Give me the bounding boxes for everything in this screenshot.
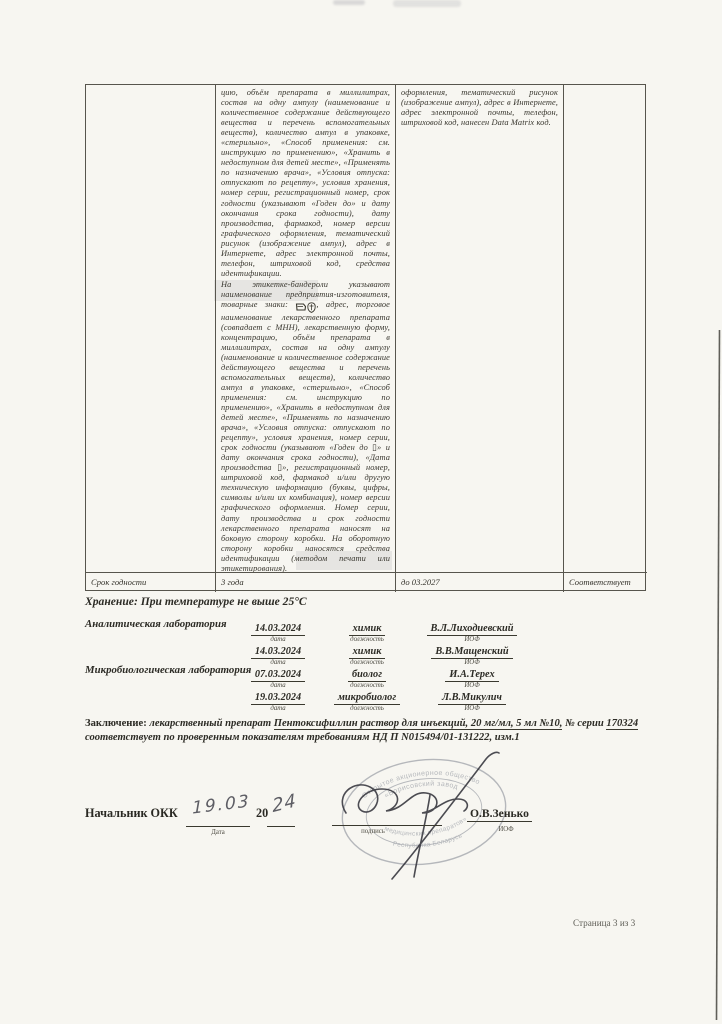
scan-smudge [333,0,365,5]
signoff-position: химик [349,623,386,636]
signoff-name: В.Л.Лиходиевский [427,623,518,636]
page-number: Страница 3 из 3 [573,918,635,928]
table-cell-requirements: цию, объём препарата в миллилитрах, сост… [216,85,396,572]
signoff-name: И.А.Терех [445,669,498,682]
shelf-life-label: Срок годности [86,572,216,592]
scan-smudge [393,0,461,7]
signoff-name: Л.В.Микулич [438,692,506,705]
signoff-name: В.В.Мащенский [431,646,512,659]
storage-conditions: Хранение: При температуре не выше 25°С [85,595,307,608]
shelf-life-norm: 3 года [216,572,396,592]
package-notes-paragraph: оформления, тематический рисунок (изобра… [401,88,558,128]
analytical-lab-label: Аналитическая лаборатория [85,618,227,630]
date-sublabel: дата [233,705,323,713]
series-number: 170324 [606,718,638,730]
approver-name: О.В.Зенько [467,807,532,822]
scanned-qc-protocol-page: цию, объём препарата в миллилитрах, сост… [0,0,722,1024]
approver-title: Начальник ОКК [85,806,178,821]
signoff-date: 07.03.2024 [251,669,305,682]
shelf-life-result: Соответствует [564,572,647,592]
position-sublabel: должность [323,705,411,713]
signoff-date: 14.03.2024 [251,623,305,636]
handwritten-year: 24 [272,790,298,817]
signature-caption: подпись [338,828,408,835]
approver-name-caption: ИОФ [467,826,545,833]
conclusion-text: лекарственный препарат [149,718,271,729]
signoff-date: 14.03.2024 [251,646,305,659]
micro-lab-label: Микробиологическая лаборатория [85,664,251,676]
name-sublabel: ИОФ [411,705,533,713]
series-label: № серии [565,718,604,729]
trademark-icons [295,302,316,313]
handwritten-date: 19.03 [192,791,251,818]
trademark-retort-icon [295,302,307,312]
year-line [267,826,295,827]
date-line [186,826,250,827]
signoff-position: микробиолог [334,692,400,705]
requirements-paragraph-1: цию, объём препарата в миллилитрах, сост… [221,88,390,279]
signoff-position: биолог [348,669,386,682]
signature-line [332,825,442,826]
date-caption: Дата [186,829,250,836]
signoff-date: 19.03.2024 [251,692,305,705]
drug-name: Пентоксифиллин раствор для инъекций, 20 … [274,718,563,730]
conclusion-label: Заключение: [85,718,147,729]
trademark-emblem-icon [307,302,316,313]
lab-signoff-row: 19.03.2024дата микробиологдолжность Л.В.… [233,687,533,713]
table-cell-package-notes: оформления, тематический рисунок (изобра… [396,85,564,572]
requirements-paragraph-2: На этикетке-бандероли указывают наименов… [221,280,390,572]
signoff-position: химик [349,646,386,659]
year-prefix: 20 [256,806,268,821]
shelf-life-fact: до 03.2027 [396,572,564,592]
qc-spec-table: цию, объём препарата в миллилитрах, сост… [85,84,646,591]
table-cell-empty-right [564,85,647,572]
table-cell-empty-left [86,85,216,572]
